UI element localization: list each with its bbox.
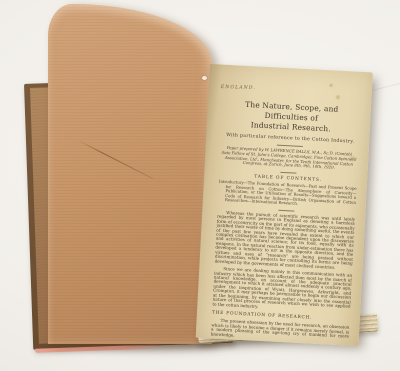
body-paragraph-2: Since we are dealing mainly in this comm… (212, 267, 352, 314)
title-page-content: The Nature, Scope, and Difficulties of I… (196, 64, 373, 344)
flyleaf-endpaper (48, 4, 212, 344)
body-paragraph-1: Whereas the pursuit of scientific resear… (215, 210, 356, 271)
toc-body: Introductory—The Foundation of Research—… (218, 180, 357, 210)
photo-backdrop: ENGLAND. The Nature, Scope, and Difficul… (0, 0, 400, 371)
divider-rule (280, 172, 296, 174)
flyleaf-crease (78, 140, 153, 179)
title-page: ENGLAND. The Nature, Scope, and Difficul… (196, 64, 373, 346)
owner-stamp: ENGLAND. (221, 85, 256, 91)
divider-rule (278, 209, 294, 211)
author-credit: Paper prepared by W. LAWRENCE BALLS, M.A… (220, 146, 359, 172)
flyleaf-nick (202, 76, 207, 80)
divider-rule (277, 145, 303, 147)
backdrop-seam-line (370, 82, 400, 92)
page-title: The Nature, Scope, and Difficulties of I… (222, 99, 361, 136)
